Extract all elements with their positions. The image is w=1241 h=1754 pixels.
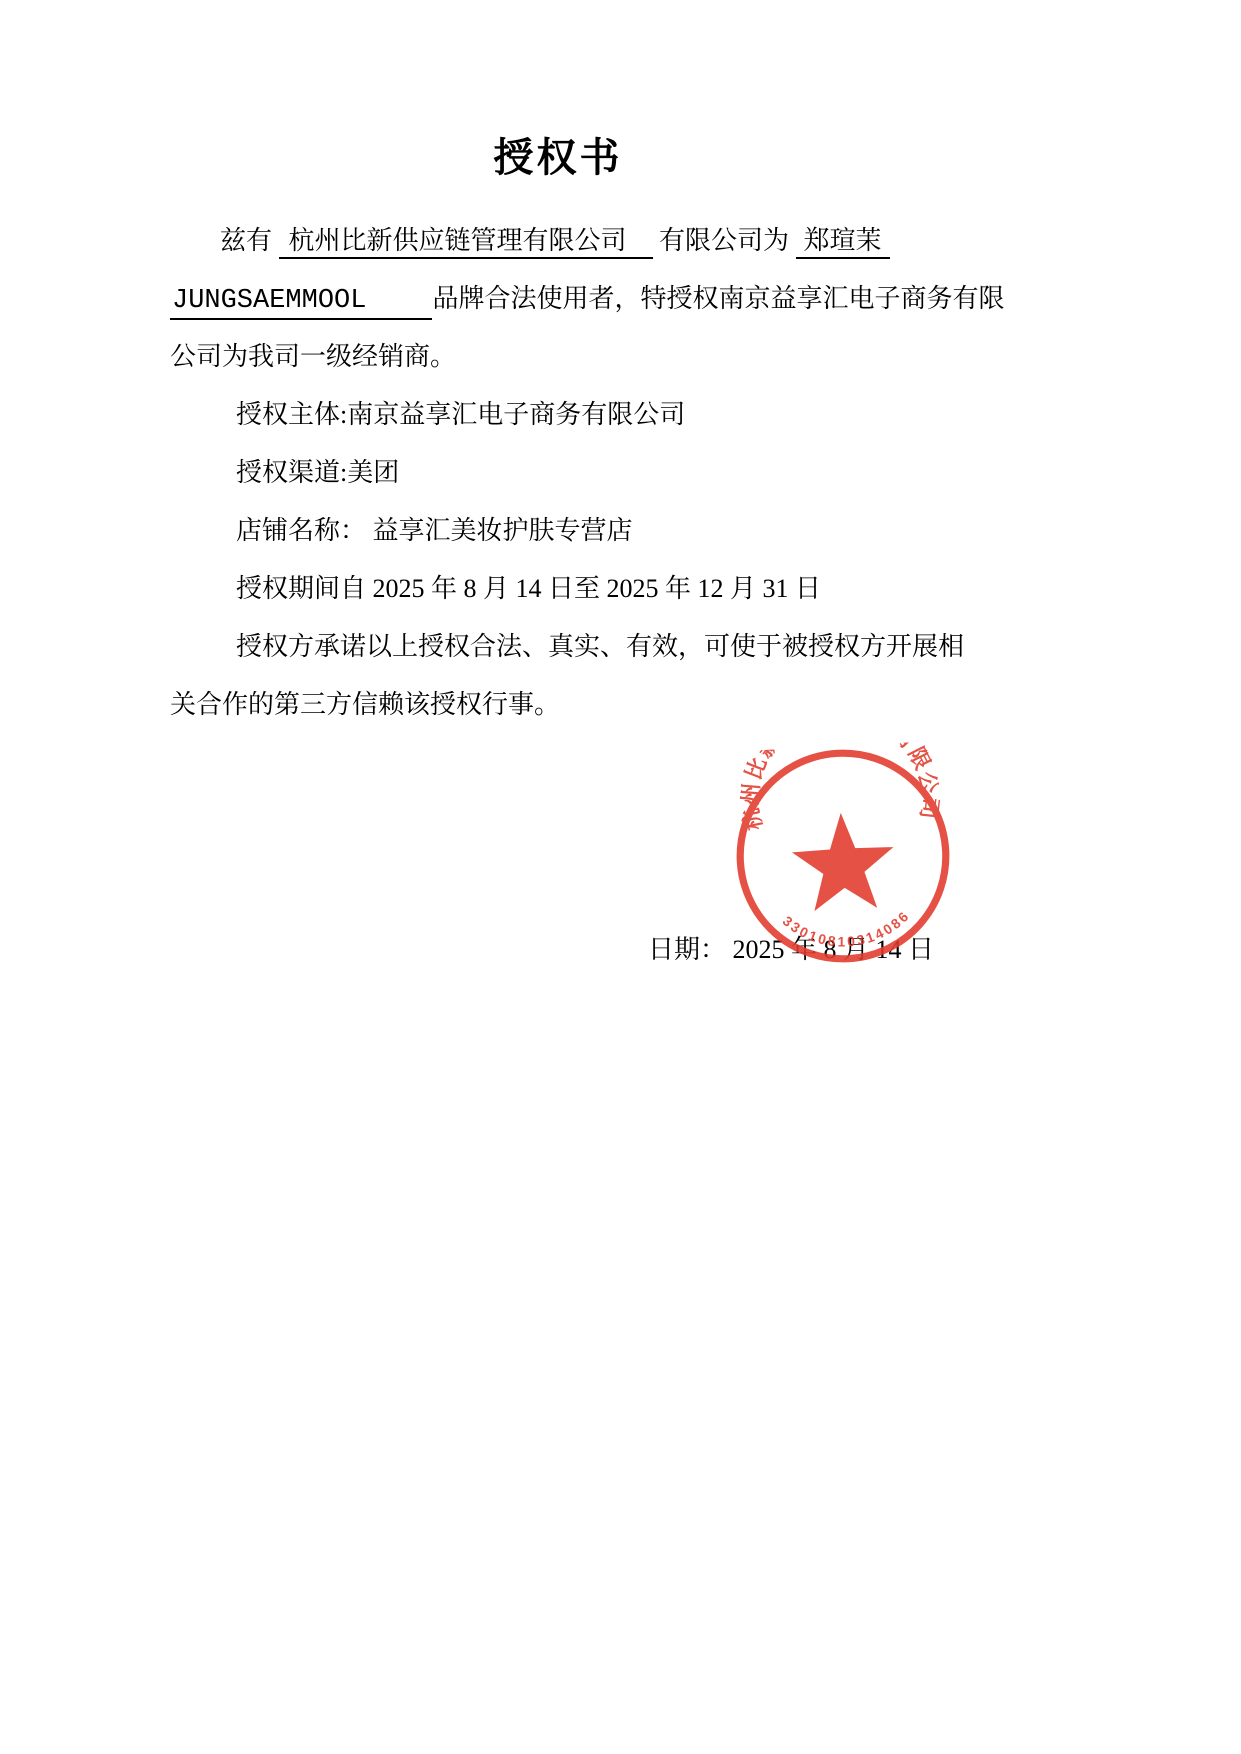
paragraph-1-line-3: 公司为我司一级经销商。	[170, 328, 946, 386]
grantor-company-underlined: 杭州比新供应链管理有限公司	[279, 226, 653, 259]
p1-prefix: 兹有	[220, 226, 272, 255]
shop-name-line: 店铺名称： 益享汇美妆护肤专营店	[170, 502, 946, 560]
document-content: 授权书 兹有 杭州比新供应链管理有限公司 有限公司为 郑瑄茉 JUNGSAEMM…	[170, 128, 946, 734]
authorization-period-line: 授权期间自 2025 年 8 月 14 日至 2025 年 12 月 31 日	[170, 560, 946, 618]
authorized-subject-line: 授权主体:南京益享汇电子商务有限公司	[170, 386, 946, 444]
page-title: 授权书	[170, 128, 946, 188]
paragraph-1-line-1: 兹有 杭州比新供应链管理有限公司 有限公司为 郑瑄茉	[170, 212, 946, 270]
authorized-channel-line: 授权渠道:美团	[170, 444, 946, 502]
promise-line-2: 关合作的第三方信赖该授权行事。	[170, 676, 946, 734]
brand-name-en-underlined: JUNGSAEMMOOL	[170, 286, 432, 320]
p2-rest: 品牌合法使用者，特授权南京益享汇电子商务有限	[432, 284, 1004, 313]
paragraph-1-line-2: JUNGSAEMMOOL品牌合法使用者，特授权南京益享汇电子商务有限	[170, 270, 946, 328]
promise-line-1: 授权方承诺以上授权合法、真实、有效，可使于被授权方开展相	[170, 618, 946, 676]
p1-middle: 有限公司为	[659, 226, 789, 255]
authorization-letter-page: 授权书 兹有 杭州比新供应链管理有限公司 有限公司为 郑瑄茉 JUNGSAEMM…	[0, 0, 1241, 1754]
seal-star-icon	[790, 810, 897, 912]
brand-name-cn-underlined: 郑瑄茉	[796, 226, 890, 259]
company-seal-stamp: 杭州比新供应链管理有限公司 33010810314086	[727, 740, 958, 971]
